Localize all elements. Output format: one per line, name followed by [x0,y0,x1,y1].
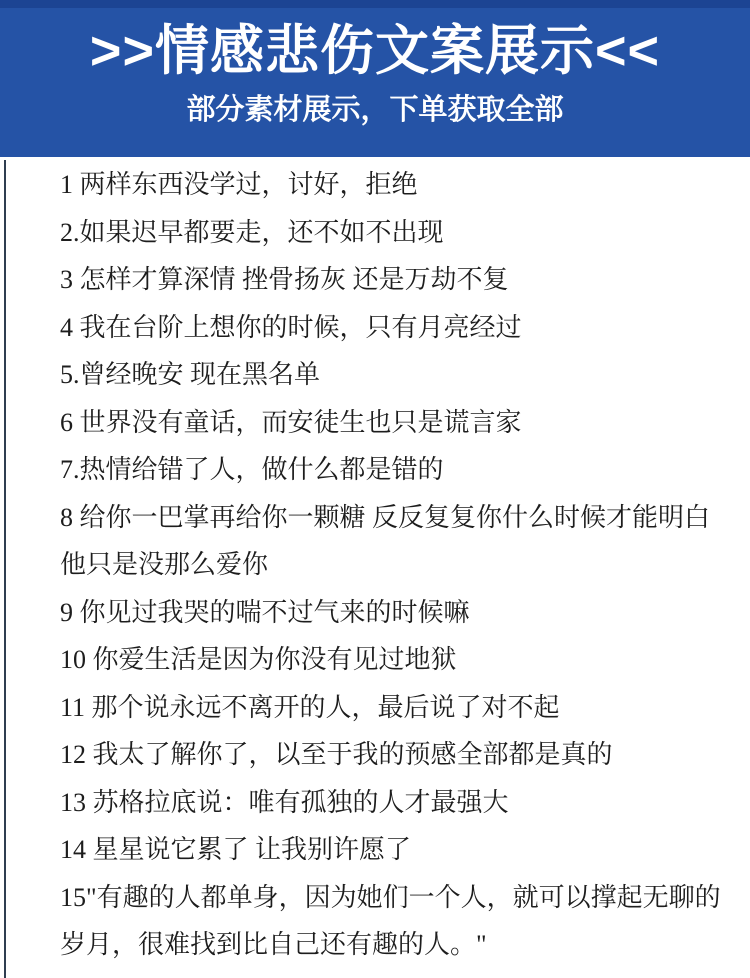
quote-item-14: 14 星星说它累了 让我别许愿了 [60,826,730,874]
left-edge-line [4,160,6,978]
page: >>情感悲伤文案展示<< 部分素材展示，下单获取全部 1 两样东西没学过，讨好，… [0,0,750,978]
quote-item-7: 7.热情给错了人，做什么都是错的 [60,446,730,494]
quote-item-11: 11 那个说永远不离开的人，最后说了对不起 [60,684,730,732]
header-banner: >>情感悲伤文案展示<< 部分素材展示，下单获取全部 [0,0,750,157]
quote-line: 4 我在台阶上想你的时候，只有月亮经过 [60,304,730,352]
quote-line: 10 你爱生活是因为你没有见过地狱 [60,636,730,684]
quote-line: 13 苏格拉底说：唯有孤独的人才最强大 [60,779,730,827]
quote-item-4: 4 我在台阶上想你的时候，只有月亮经过 [60,304,730,352]
header-top-strip [0,0,750,8]
quote-item-2: 2.如果迟早都要走，还不如不出现 [60,209,730,257]
quote-item-1: 1 两样东西没学过，讨好，拒绝 [60,161,730,209]
quote-item-12: 12 我太了解你了，以至于我的预感全部都是真的 [60,731,730,779]
quote-line: 9 你见过我哭的喘不过气来的时候嘛 [60,589,730,637]
quote-item-9: 9 你见过我哭的喘不过气来的时候嘛 [60,589,730,637]
quote-item-13: 13 苏格拉底说：唯有孤独的人才最强大 [60,779,730,827]
quote-item-5: 5.曾经晚安 现在黑名单 [60,351,730,399]
quote-line: 15"有趣的人都单身，因为她们一个人，就可以撑起无聊的 [60,874,730,922]
quote-line: 岁月，很难找到比自己还有趣的人。" [60,921,730,969]
quote-item-3: 3 怎样才算深情 挫骨扬灰 还是万劫不复 [60,256,730,304]
quote-item-15: 15"有趣的人都单身，因为她们一个人，就可以撑起无聊的岁月，很难找到比自己还有趣… [60,874,730,969]
quote-line: 6 世界没有童话，而安徒生也只是谎言家 [60,399,730,447]
page-title: >>情感悲伤文案展示<< [0,20,750,82]
quote-item-6: 6 世界没有童话，而安徒生也只是谎言家 [60,399,730,447]
quote-line: 12 我太了解你了，以至于我的预感全部都是真的 [60,731,730,779]
quote-line: 11 那个说永远不离开的人，最后说了对不起 [60,684,730,732]
quote-line: 8 给你一巴掌再给你一颗糖 反反复复你什么时候才能明白 [60,494,730,542]
quote-line: 5.曾经晚安 现在黑名单 [60,351,730,399]
quote-line: 2.如果迟早都要走，还不如不出现 [60,209,730,257]
quote-line: 3 怎样才算深情 挫骨扬灰 还是万劫不复 [60,256,730,304]
page-subtitle: 部分素材展示，下单获取全部 [0,93,750,127]
quote-item-10: 10 你爱生活是因为你没有见过地狱 [60,636,730,684]
quote-line: 他只是没那么爱你 [60,541,730,589]
quote-line: 1 两样东西没学过，讨好，拒绝 [60,161,730,209]
quote-line: 7.热情给错了人，做什么都是错的 [60,446,730,494]
quote-item-8: 8 给你一巴掌再给你一颗糖 反反复复你什么时候才能明白他只是没那么爱你 [60,494,730,589]
quote-list: 1 两样东西没学过，讨好，拒绝2.如果迟早都要走，还不如不出现3 怎样才算深情 … [60,161,730,969]
quote-line: 14 星星说它累了 让我别许愿了 [60,826,730,874]
